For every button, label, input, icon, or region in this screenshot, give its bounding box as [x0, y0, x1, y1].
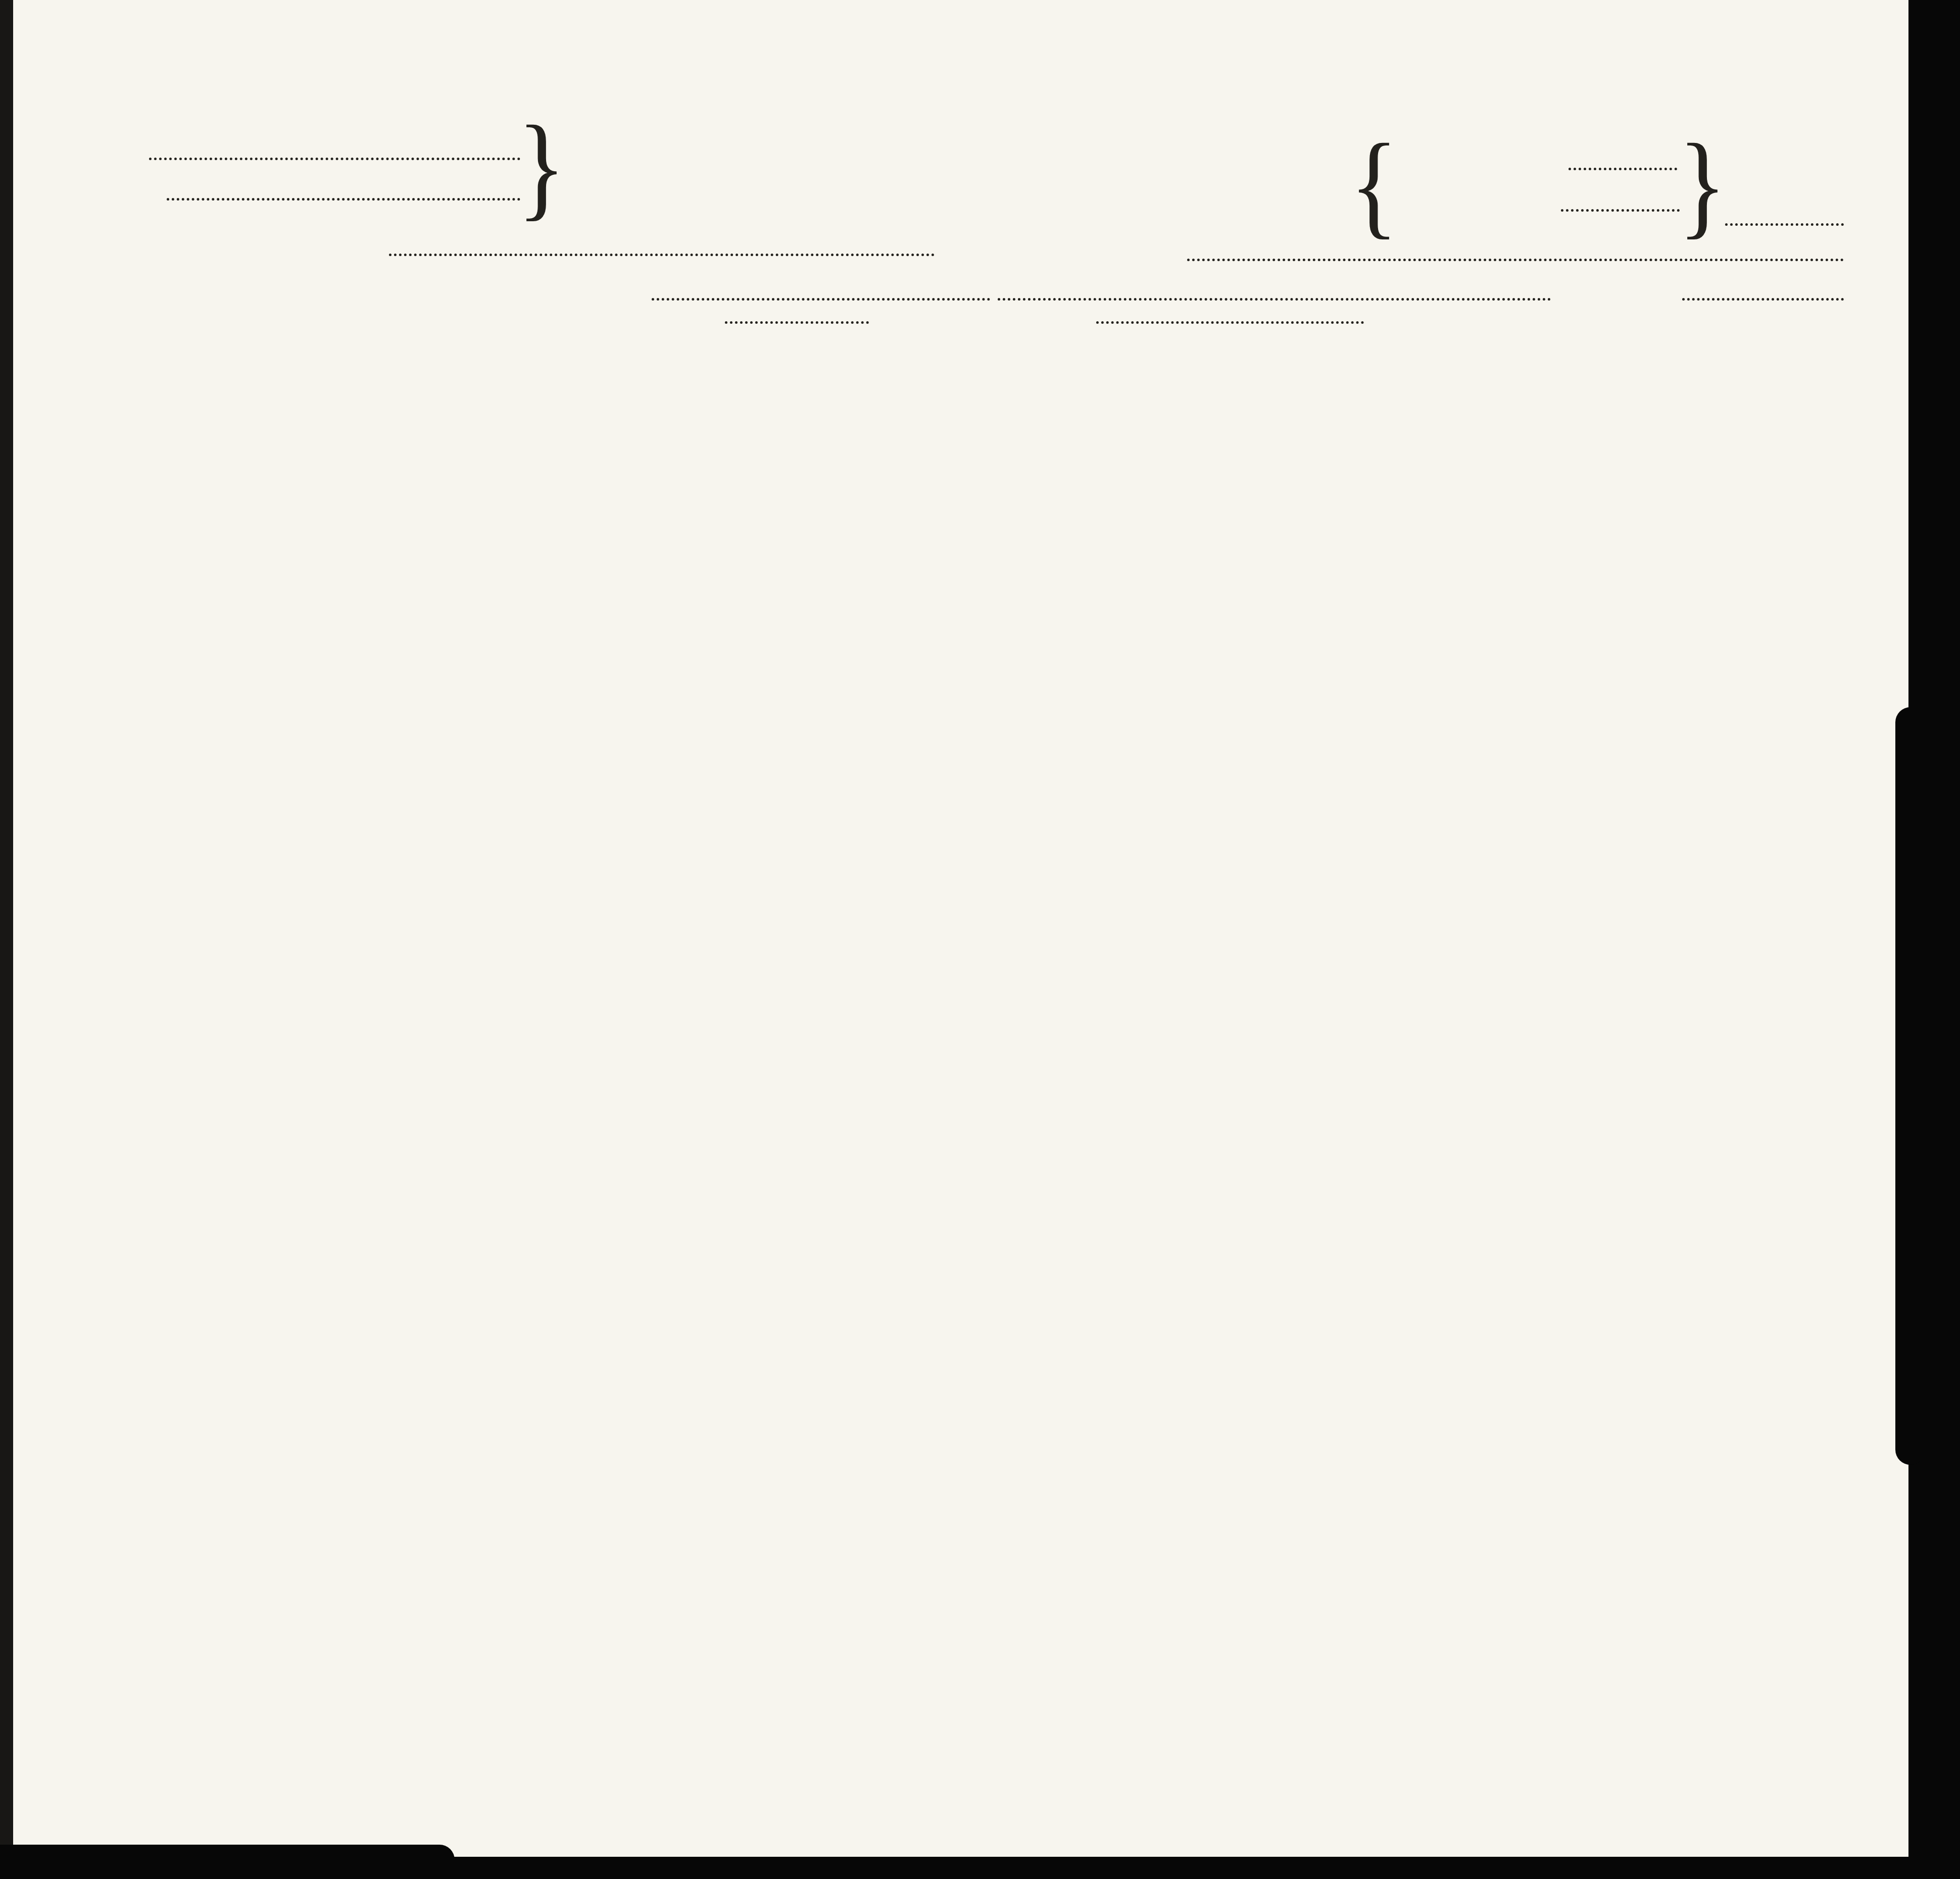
scan-edge-right-ragged [1895, 707, 1926, 1465]
census-table [0, 0, 1960, 1879]
scan-edge-bottom-wave [0, 1845, 455, 1865]
census-page: } { } [0, 0, 1960, 1879]
